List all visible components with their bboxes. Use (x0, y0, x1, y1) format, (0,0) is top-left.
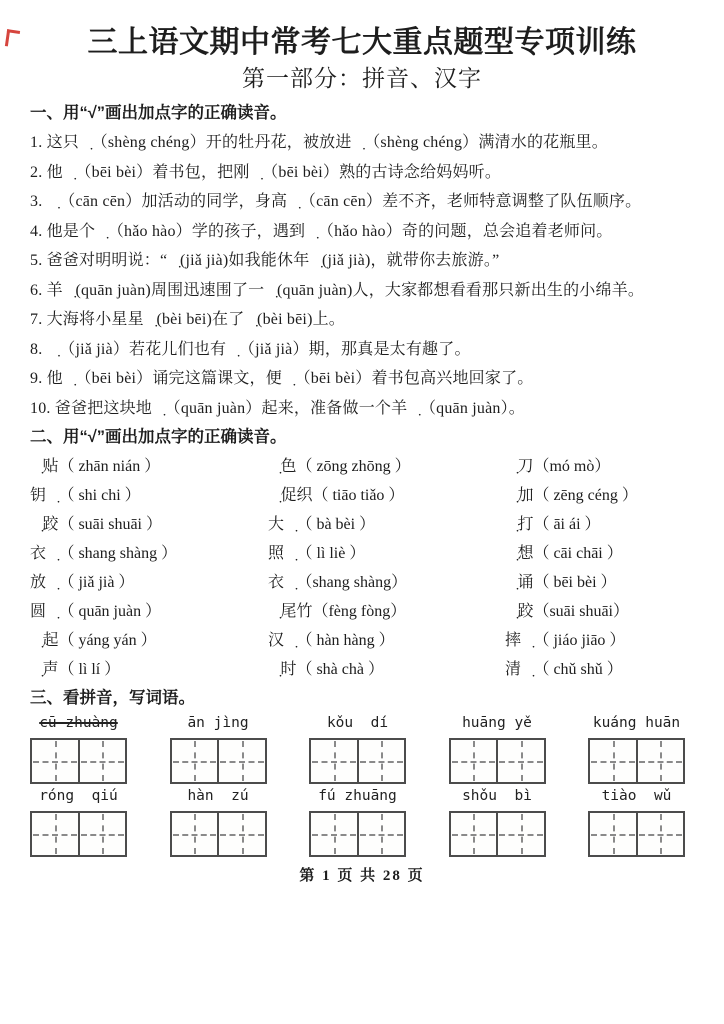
character-grid-cell[interactable] (357, 740, 405, 782)
word-pronunciation-item: 放假̣（ jiǎ jià ） (30, 568, 268, 597)
word-pronunciation-item: 摔̣跤（suāi shuāi） (505, 597, 694, 626)
character-grid-cell[interactable] (636, 813, 684, 855)
worksheet-page: 三上语文期中常考七大重点题型专项训练 第一部分：拼音、汉字 一、用“√”画出加点… (0, 25, 724, 886)
sentence-item: 6. 羊圈̣(quān juàn)周围迅速围了一圈̣(quān juàn)人，大… (30, 276, 694, 306)
word-pronunciation-item: 钥匙̣（ shi chi ） (30, 481, 268, 510)
word-pronunciation-item: 挑̣促织（ tiāo tiǎo ） (268, 481, 505, 510)
writing-cell: shǒu bì (449, 786, 546, 857)
word-pronunciation-item: 增̣加（ zēng céng ） (505, 481, 694, 510)
pinyin-label: kǒu dí (309, 713, 406, 733)
word-pronunciation-item: 圆圈̣（ quān juàn ） (30, 597, 268, 626)
section-one-heading: 一、用“√”画出加点字的正确读音。 (30, 101, 694, 126)
sentence-item: 5. 爸爸对明明说：“假̣(jiǎ jià)如我能休年假̣(jiǎ jià)，就… (30, 246, 694, 276)
writing-cell: róng qiú (30, 786, 127, 857)
word-pronunciation-item: 清楚̣（ chǔ shǔ ） (505, 655, 694, 684)
word-pronunciation-item: 霎̣时（ shà chà ） (268, 655, 505, 684)
writing-row: róng qiúhàn zúfú zhuāngshǒu bìtiào wǔ (30, 786, 694, 857)
sentence-item: 4. 他是个好̣（hǎo hào）学的孩子，遇到好̣（hǎo hào）奇的问题，… (30, 217, 694, 247)
red-corner-mark (5, 29, 20, 48)
worksheet-title: 三上语文期中常考七大重点题型专项训练 (30, 25, 694, 61)
writing-cell: fú zhuāng (309, 786, 406, 857)
writing-cell: cū zhuàng (30, 713, 127, 784)
writing-grid-box[interactable] (309, 738, 406, 784)
character-grid-cell[interactable] (172, 813, 218, 855)
character-grid-cell[interactable] (451, 813, 497, 855)
writing-cell: huāng yě (449, 713, 546, 784)
sentence-item: 9. 他背̣（bēi bèi）诵完这篇课文，便背̣（bēi bèi）着书包高兴地… (30, 364, 694, 394)
sentence-item: 2. 他背̣（bēi bèi）着书包，把刚背̣（bēi bèi）熟的古诗念给妈妈… (30, 158, 694, 188)
sentence-item: 1. 这只盛̣（shèng chéng）开的牡丹花，被放进盛̣（shèng ch… (30, 128, 694, 158)
writing-grid-box[interactable] (588, 738, 685, 784)
pinyin-label: tiào wǔ (588, 786, 685, 806)
character-grid-cell[interactable] (32, 740, 78, 782)
word-pronunciation-item: 猜̣想（ cāi chāi ） (505, 539, 694, 568)
pinyin-label: hàn zú (170, 786, 267, 806)
writing-cell: hàn zú (170, 786, 267, 857)
writing-grid-box[interactable] (30, 811, 127, 857)
sentence-item: 10. 爸爸把这块地圈̣（quān juàn）起来，准备做一个羊圈̣（quān … (30, 394, 694, 424)
character-grid-cell[interactable] (217, 813, 265, 855)
character-grid-cell[interactable] (636, 740, 684, 782)
character-grid-cell[interactable] (590, 740, 636, 782)
pinyin-label: cū zhuàng (30, 713, 127, 733)
word-pronunciation-item: 厉̣声（ lì lí ） (30, 655, 268, 684)
writing-row: cū zhuàngān jìngkǒu díhuāng yěkuáng huān (30, 713, 694, 784)
word-pronunciation-item: 摔̣跤（ suāi shuāi ） (30, 510, 268, 539)
character-grid-cell[interactable] (311, 740, 357, 782)
writing-grid-box[interactable] (30, 738, 127, 784)
pinyin-label: róng qiú (30, 786, 127, 806)
character-grid-cell[interactable] (311, 813, 357, 855)
word-pronunciation-item: 衣裳̣（ shang shàng ） (30, 539, 268, 568)
character-grid-cell[interactable] (590, 813, 636, 855)
word-pronunciation-item: 凤̣尾竹（fèng fòng） (268, 597, 505, 626)
character-grid-cell[interactable] (357, 813, 405, 855)
character-grid-cell[interactable] (78, 740, 126, 782)
pinyin-label: ān jìng (170, 713, 267, 733)
writing-cell: kuáng huān (588, 713, 685, 784)
word-pronunciation-item: 汉族̣（ hàn hàng ） (268, 626, 505, 655)
writing-cell: ān jìng (170, 713, 267, 784)
writing-grid-box[interactable] (449, 738, 546, 784)
writing-grid-box[interactable] (170, 738, 267, 784)
word-pronunciation-item: 棕̣色（ zōng zhōng ） (268, 452, 505, 481)
part-subtitle: 第一部分：拼音、汉字 (30, 63, 694, 95)
sentence-item: 8. 假̣（jiǎ jià）若花儿们也有假̣（jiǎ jià）期，那真是太有趣了… (30, 335, 694, 365)
writing-grid-box[interactable] (170, 811, 267, 857)
section-three-heading: 三、看拼音，写词语。 (30, 686, 694, 711)
pinyin-label: shǒu bì (449, 786, 546, 806)
pinyin-label: kuáng huān (588, 713, 685, 733)
sentence-item: 3. 参̣（cān cēn）加活动的同学，身高参̣（cān cēn）差不齐，老师… (30, 187, 694, 217)
writing-grid-box[interactable] (588, 811, 685, 857)
pinyin-label: fú zhuāng (309, 786, 406, 806)
character-grid-cell[interactable] (32, 813, 78, 855)
section-one-sentences: 1. 这只盛̣（shèng chéng）开的牡丹花，被放进盛̣（shèng ch… (30, 128, 694, 423)
word-pronunciation-item: 挨̣打（ āi ái ） (505, 510, 694, 539)
section-two-heading: 二、用“√”画出加点字的正确读音。 (30, 425, 694, 450)
writing-grid-box[interactable] (309, 811, 406, 857)
writing-cell: kǒu dí (309, 713, 406, 784)
word-pronunciation-item: 照例̣（ lì liè ） (268, 539, 505, 568)
pinyin-label: huāng yě (449, 713, 546, 733)
page-footer: 第 1 页 共 28 页 (30, 866, 694, 886)
sentence-item: 7. 大海将小星星背̣(bèi bēi)在了背̣(bèi bēi)上。 (30, 305, 694, 335)
word-pronunciation-item: 摔跤̣（ jiáo jiāo ） (505, 626, 694, 655)
word-pronunciation-item: 粘̣贴（ zhān nián ） (30, 452, 268, 481)
character-grid-cell[interactable] (217, 740, 265, 782)
word-pronunciation-item: 大坝̣（ bà bèi ） (268, 510, 505, 539)
word-pronunciation-item: 衣裳̣（shang shàng） (268, 568, 505, 597)
character-grid-cell[interactable] (496, 813, 544, 855)
character-grid-cell[interactable] (496, 740, 544, 782)
character-grid-cell[interactable] (451, 740, 497, 782)
writing-cell: tiào wǔ (588, 786, 685, 857)
writing-grid-box[interactable] (449, 811, 546, 857)
word-pronunciation-item: 磨̣刀（mó mò） (505, 452, 694, 481)
character-grid-cell[interactable] (78, 813, 126, 855)
word-pronunciation-item: 背̣诵（ bēi bèi ） (505, 568, 694, 597)
character-grid-cell[interactable] (172, 740, 218, 782)
word-pronunciation-item: 扬̣起（ yáng yán ） (30, 626, 268, 655)
section-three-writing-rows: cū zhuàngān jìngkǒu díhuāng yěkuáng huān… (30, 713, 694, 857)
section-two-word-grid: 粘̣贴（ zhān nián ）棕̣色（ zōng zhōng ）磨̣刀（mó … (30, 452, 694, 684)
